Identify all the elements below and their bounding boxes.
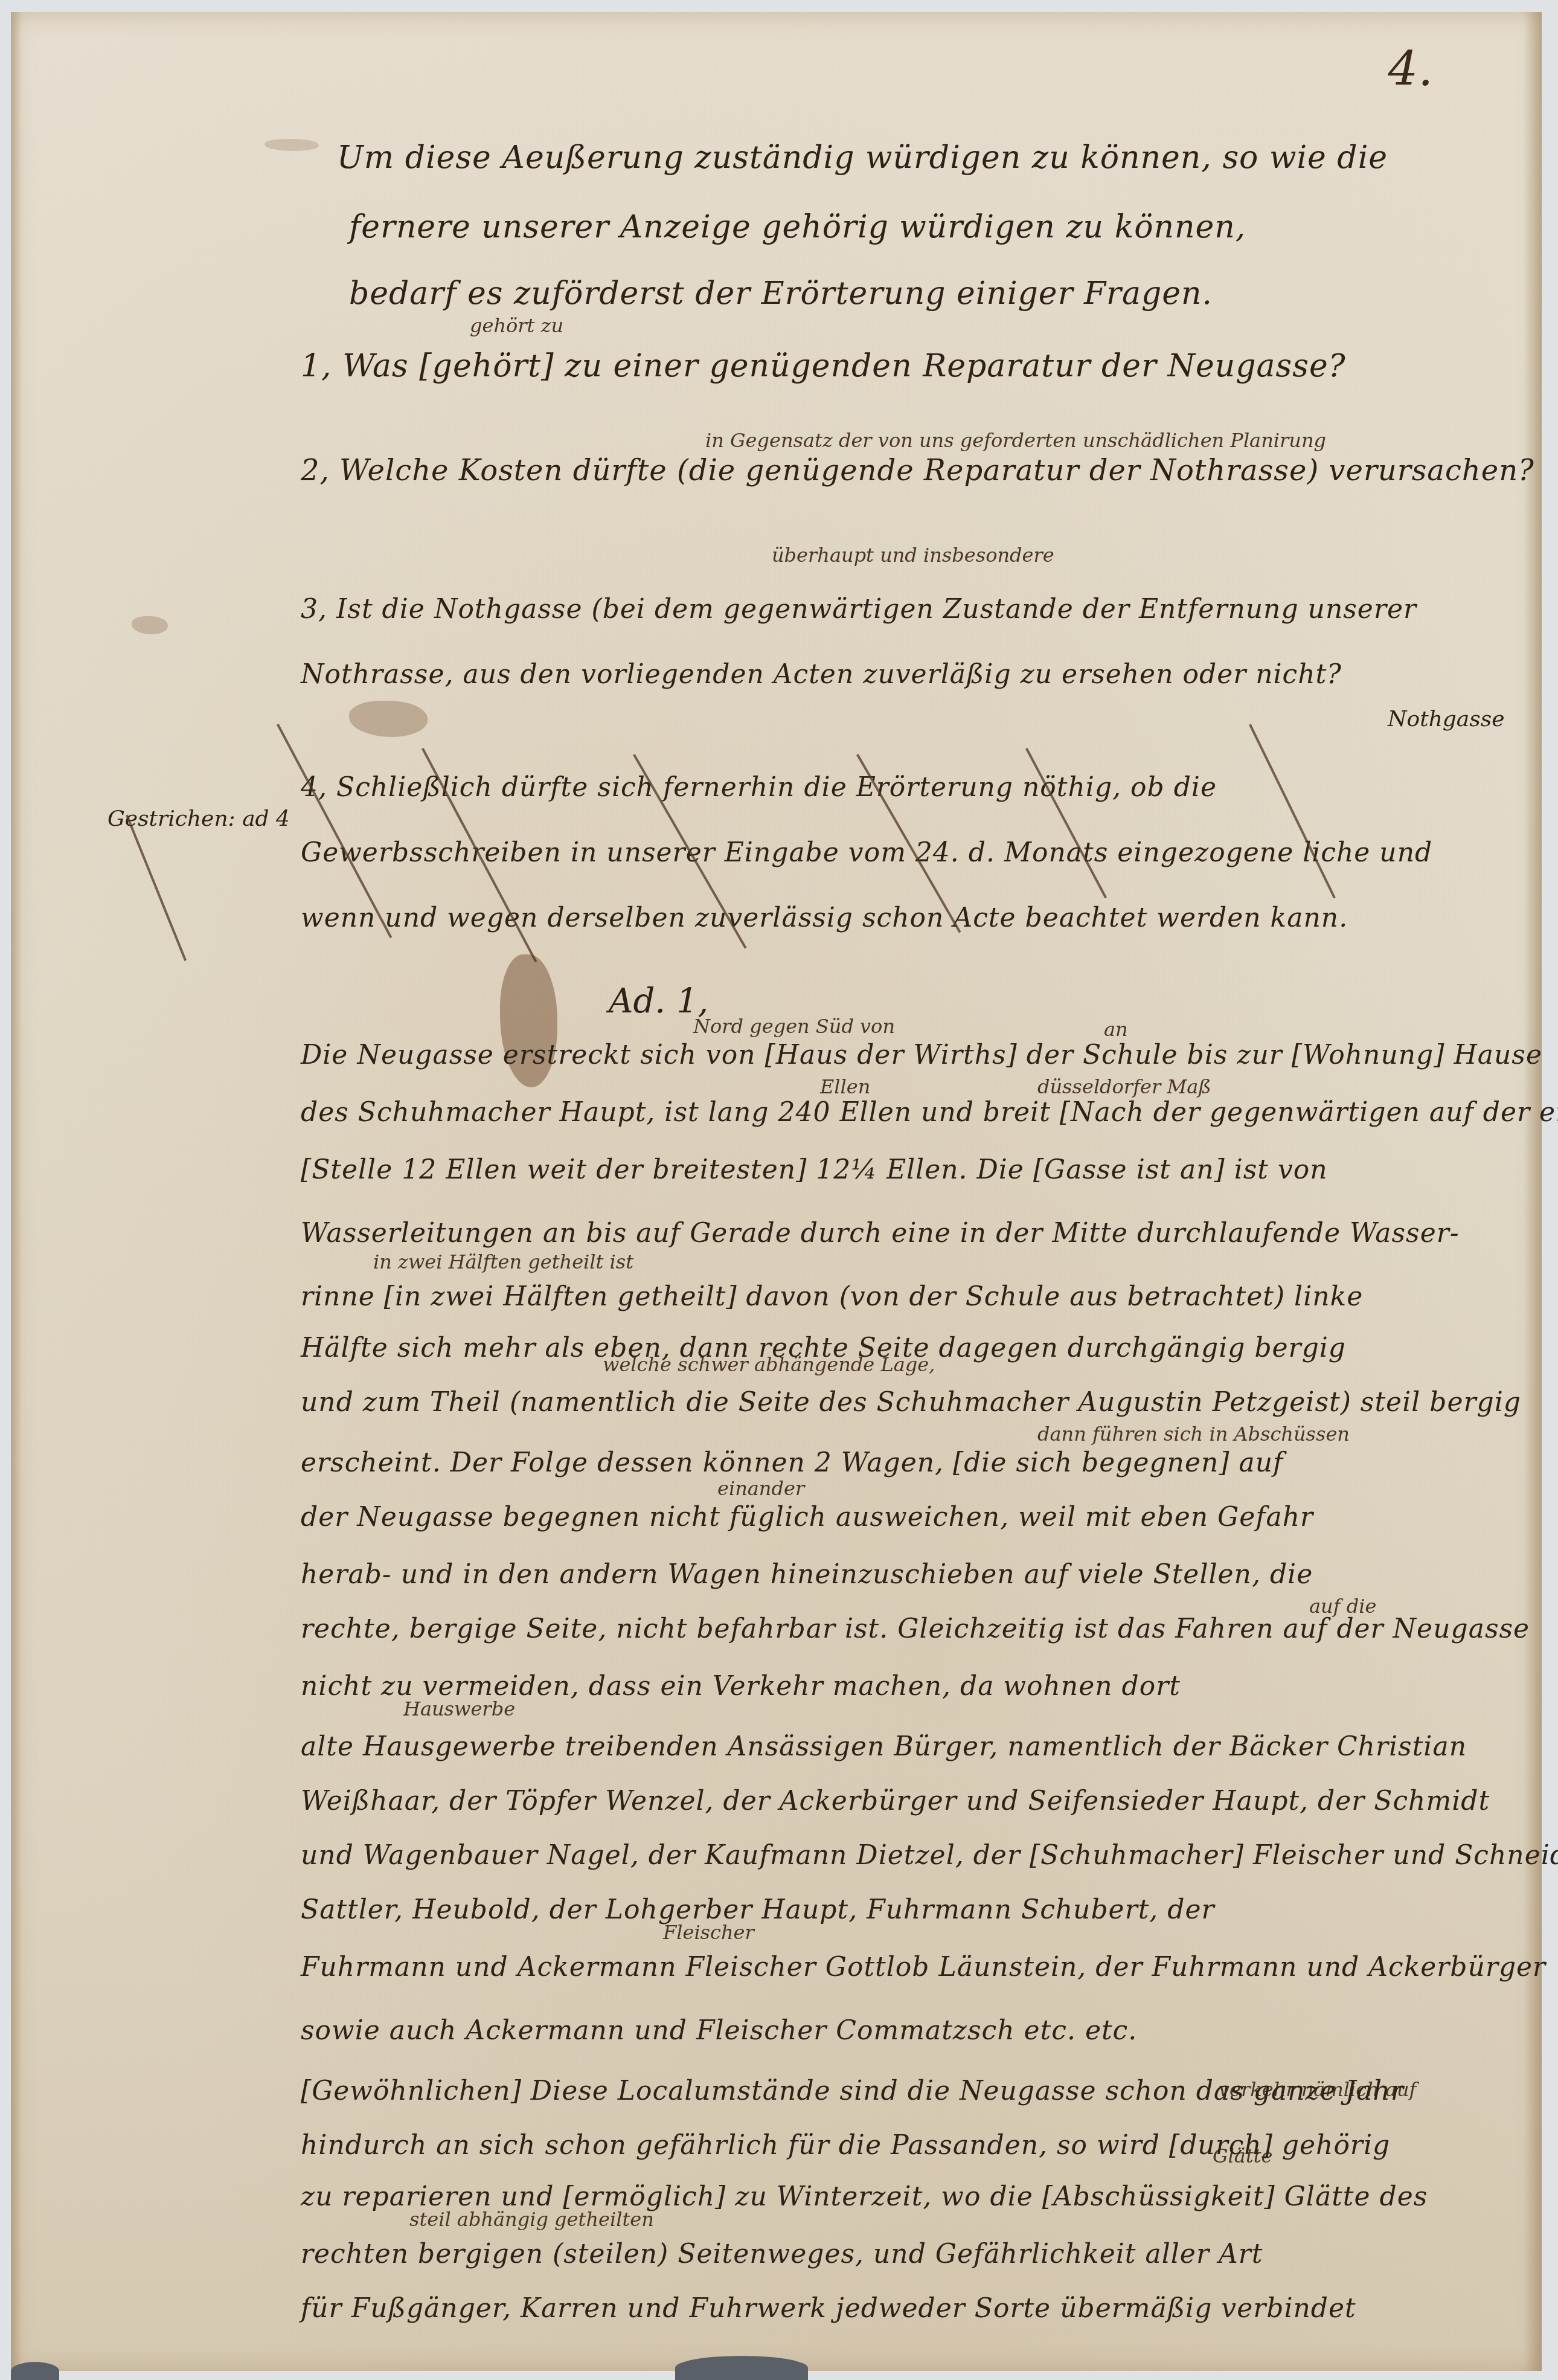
intro-line-1: Um diese Aeußerung zuständig würdigen zu… (337, 142, 1388, 173)
question-3: 3, Ist die Nothgasse (bei dem gegenwärti… (301, 577, 1478, 707)
body-line: Sattler, Heubold, der Lohgerber Haupt, F… (301, 1897, 1215, 1923)
strike-diagonal (126, 815, 187, 962)
intro-line-3: bedarf es zuförderst der Erörterung eini… (349, 278, 1213, 309)
interlinear-note: an (1104, 1018, 1128, 1041)
interlinear-note: düsseldorfer Maß (1037, 1075, 1211, 1098)
body-line: alte Hausgewerbe treibenden Ansässigen B… (301, 1734, 1467, 1760)
question-2-number: 2, (301, 454, 330, 487)
question-4-text: Schließlich dürfte sich fernerhin die Er… (301, 772, 1432, 933)
body-line: und zum Theil (namentlich die Seite des … (301, 1389, 1521, 1416)
body-line: rechte, bergige Seite, nicht befahrbar i… (301, 1616, 1530, 1642)
body-line: hindurch an sich schon gefährlich für di… (301, 2132, 1390, 2159)
interlinear-note: dann führen sich in Abschüssen (1037, 1423, 1350, 1446)
question-3-text: Ist die Nothgasse (bei dem gegenwärtigen… (301, 594, 1417, 690)
body-line: für Fußgänger, Karren und Fuhrwerk jedwe… (301, 2295, 1356, 2322)
body-line: [Gewöhnlichen] Diese Localumstände sind … (301, 2078, 1404, 2105)
body-line: [Stelle 12 Ellen weit der breitesten] 12… (301, 1157, 1328, 1183)
interlinear-note: in zwei Hälften getheilt ist (373, 1250, 633, 1273)
folio-number: 4. (1388, 42, 1433, 97)
body-line: Hälfte sich mehr als eben, dann rechte S… (301, 1335, 1346, 1362)
scan-background: 4. Um diese Aeußerung zuständig würdigen… (0, 0, 1558, 2380)
question-1-interlinear: gehört zu (470, 314, 563, 337)
interlinear-note: Ellen (820, 1075, 870, 1098)
question-1-number: 1, (301, 348, 332, 384)
intro-line-2: fernere unserer Anzeige gehörig würdigen… (349, 211, 1246, 243)
ink-stain (264, 139, 319, 151)
binding-hole (675, 2356, 808, 2380)
question-1-text: Was [gehört] zu einer genügenden Reparat… (342, 348, 1345, 384)
body-line: und Wagenbauer Nagel, der Kaufmann Dietz… (301, 1842, 1558, 1869)
left-margin-note: Gestrichen: ad 4 (107, 806, 290, 831)
interlinear-note: einander (717, 1477, 804, 1500)
body-line: herab- und in den andern Wagen hineinzus… (301, 1561, 1313, 1588)
question-3-number: 3, (301, 594, 327, 625)
body-line: zu reparieren und [ermöglich] zu Winterz… (301, 2184, 1428, 2210)
body-line: Weißhaar, der Töpfer Wenzel, der Ackerbü… (301, 1788, 1490, 1815)
body-line: Fuhrmann und Ackermann Fleischer Gottlob… (301, 1954, 1546, 1981)
body-line: Die Neugasse erstreckt sich von [Haus de… (301, 1042, 1542, 1069)
body-line: des Schuhmacher Haupt, ist lang 240 Elle… (301, 1099, 1558, 1126)
page-edge-right (1524, 12, 1542, 2371)
body-line: nicht zu vermeiden, dass ein Verkehr mac… (301, 1673, 1181, 1700)
question-2-interlinear: in Gegensatz der von uns geforderten uns… (705, 429, 1326, 452)
body-line: rinne [in zwei Hälften getheilt] davon (… (301, 1284, 1363, 1310)
body-line: erscheint. Der Folge dessen können 2 Wag… (301, 1450, 1283, 1476)
body-line: sowie auch Ackermann und Fleischer Comma… (301, 2018, 1137, 2044)
ink-stain (132, 616, 168, 634)
question-1: 1, Was [gehört] zu einer genügenden Repa… (301, 350, 1346, 382)
interlinear-note: Nord gegen Süd von (693, 1015, 895, 1038)
right-margin-note: Nothgasse (1388, 707, 1505, 732)
body-line: der Neugasse begegnen nicht füglich ausw… (301, 1504, 1313, 1531)
question-2: 2, Welche Kosten dürfte (die genügende R… (301, 456, 1534, 485)
binding-hole (11, 2362, 59, 2380)
question-2-text: Welche Kosten dürfte (die genügende Repa… (339, 454, 1534, 487)
body-line: rechten bergigen (steilen) Seitenweges, … (301, 2241, 1263, 2268)
page-edge-left (11, 12, 22, 2371)
question-3-interlinear: überhaupt und insbesondere (772, 544, 1054, 567)
manuscript-page: 4. Um diese Aeußerung zuständig würdigen… (11, 12, 1542, 2371)
body-line: Wasserleitungen an bis auf Gerade durch … (301, 1220, 1460, 1247)
